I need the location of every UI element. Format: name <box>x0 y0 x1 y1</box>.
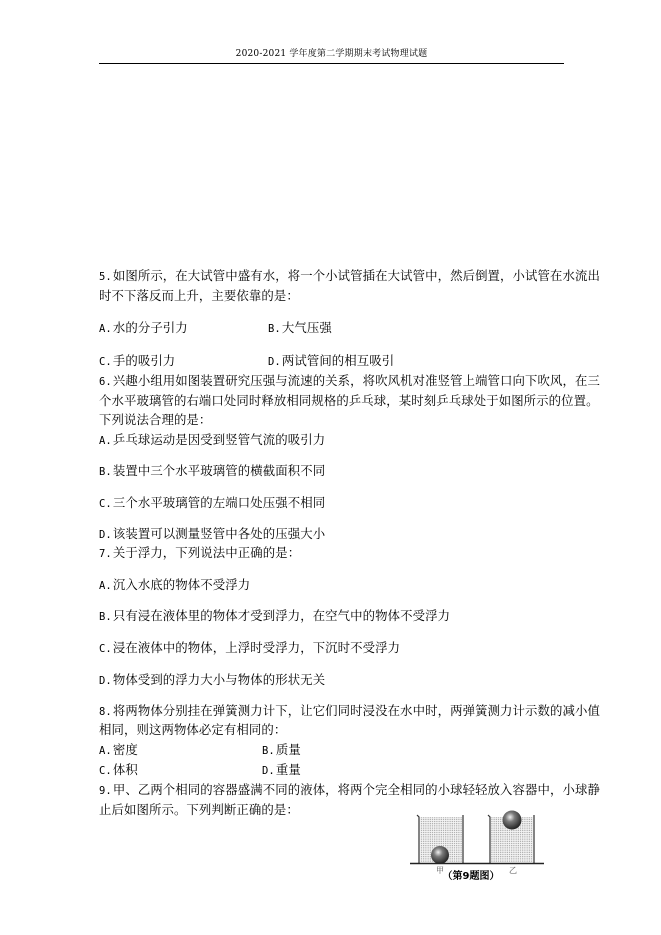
beaker-jia <box>417 815 463 864</box>
figure-caption: （第9题图） <box>416 870 526 884</box>
q8-option-b: B.质量 <box>262 742 301 759</box>
page-header-title: 2020-2021 学年度第二学期期末考试物理试题 <box>99 48 564 60</box>
q5-option-d: D.两试管间的相互吸引 <box>268 353 394 370</box>
q6-option-b: B.装置中三个水平玻璃管的横截面积不同 <box>99 463 325 480</box>
q5-stem-line-1: 5.如图所示，在大试管中盛有水，将一个小试管插在大试管中，然后倒置，小试管在水流… <box>99 268 600 285</box>
q8-option-c: C.体积 <box>99 762 138 779</box>
beaker-yi <box>488 811 534 864</box>
q8-option-a: A.密度 <box>99 742 138 759</box>
q8-stem-line-2: 相同，则这两物体必定有相同的： <box>99 722 286 738</box>
q8-option-d: D.重量 <box>262 762 301 779</box>
q7-option-a: A.沉入水底的物体不受浮力 <box>99 577 250 594</box>
q8-stem-line-1: 8.将两物体分别挂在弹簧测力计下，让它们同时浸没在水中时，两弹簧测力计示数的减小… <box>99 703 600 720</box>
q7-stem-line-1: 7.关于浮力，下列说法中正确的是： <box>99 545 300 562</box>
q9-stem-line-2: 止后如图所示。下列判断正确的是： <box>99 802 299 818</box>
q6-number: 6. <box>99 376 112 388</box>
header-divider <box>99 63 564 64</box>
q7-option-b: B.只有浸在液体里的物体才受到浮力，在空气中的物体不受浮力 <box>99 608 450 625</box>
q6-stem-line-2: 个水平玻璃管的右端口处同时释放相同规格的乒乓球，某时刻乒乓球处于如图所示的位置。 <box>99 393 599 409</box>
q5-option-a: A.水的分子引力 <box>99 320 188 337</box>
q6-stem-line-1: 6.兴趣小组用如图装置研究压强与流速的关系，将吹风机对准竖管上端管口向下吹风，在… <box>99 373 600 390</box>
q5-number: 5. <box>99 271 112 283</box>
q6-option-c: C.三个水平玻璃管的左端口处压强不相同 <box>99 495 325 512</box>
q5-option-b: B.大气压强 <box>268 320 332 337</box>
q7-number: 7. <box>99 548 112 560</box>
q7-option-d: D.物体受到的浮力大小与物体的形状无关 <box>99 672 325 689</box>
q9-number: 9. <box>99 785 112 797</box>
q5-option-c: C.手的吸引力 <box>99 353 175 370</box>
q6-option-a: A.乒乓球运动是因受到竖管气流的吸引力 <box>99 432 325 449</box>
q8-number: 8. <box>99 706 112 718</box>
q6-stem-line-3: 下列说法合理的是： <box>99 412 211 428</box>
q9-stem-line-1: 9.甲、乙两个相同的容器盛满不同的液体，将两个完全相同的小球轻轻放入容器中，小球… <box>99 782 600 799</box>
q7-option-c: C.浸在液体中的物体，上浮时受浮力，下沉时不受浮力 <box>99 640 400 657</box>
q5-stem-line-2: 时不下落反而上升，主要依靠的是： <box>99 288 299 304</box>
q6-option-d: D.该装置可以测量竖管中各处的压强大小 <box>99 526 325 543</box>
